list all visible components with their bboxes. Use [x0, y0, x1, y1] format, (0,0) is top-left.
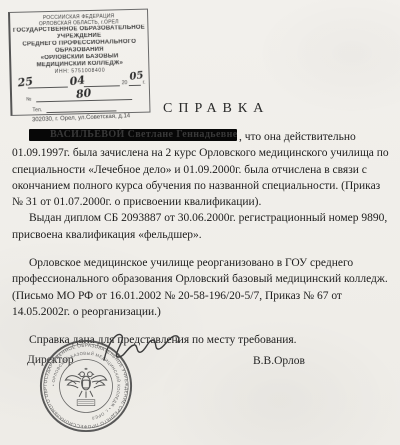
paragraph-enrollment: ВАСИЛЬЕВОЙ Светлане Геннадьевне в том, ч… — [12, 129, 390, 210]
scanned-certificate-page: РОССИЙСКАЯ ФЕДЕРАЦИЯ ОРЛОВСКАЯ ОБЛАСТЬ, … — [0, 0, 400, 445]
double-headed-eagle-emblem — [65, 368, 106, 398]
paragraph-reorganization: Орловское медицинское училище реорганизо… — [12, 255, 390, 320]
stamp-tel-label: Тел. — [32, 107, 42, 113]
stamp-date-line-3 — [129, 84, 141, 86]
director-handwritten-signature — [98, 326, 184, 370]
stamp-date-century: 20 — [122, 80, 128, 86]
stamp-tel-line — [46, 109, 116, 113]
signature-printed-name: В.В.Орлов — [253, 355, 305, 367]
document-body: ВАСИЛЬЕВОЙ Светлане Геннадьевне в том, ч… — [12, 129, 390, 349]
institution-corner-stamp: РОССИЙСКАЯ ФЕДЕРАЦИЯ ОРЛОВСКАЯ ОБЛАСТЬ, … — [8, 9, 150, 116]
redacted-name-bar: ВАСИЛЬЕВОЙ Светлане Геннадьевне в том — [29, 129, 237, 141]
stamp-date-year-suffix: г. — [143, 80, 146, 86]
seal-number-box — [77, 400, 95, 406]
paragraph-diploma: Выдан диплом СБ 2093887 от 30.06.2000г. … — [12, 210, 390, 243]
stamp-number-value: 80 — [75, 86, 92, 101]
stamp-number-label: № — [26, 96, 32, 102]
seal-number-box-lines — [78, 402, 94, 404]
paragraph-enrollment-text: , что она действительно 01.09.1997г. был… — [12, 131, 389, 208]
document-title: СПРАВКА — [163, 101, 269, 117]
stamp-date-line-1 — [28, 86, 68, 89]
